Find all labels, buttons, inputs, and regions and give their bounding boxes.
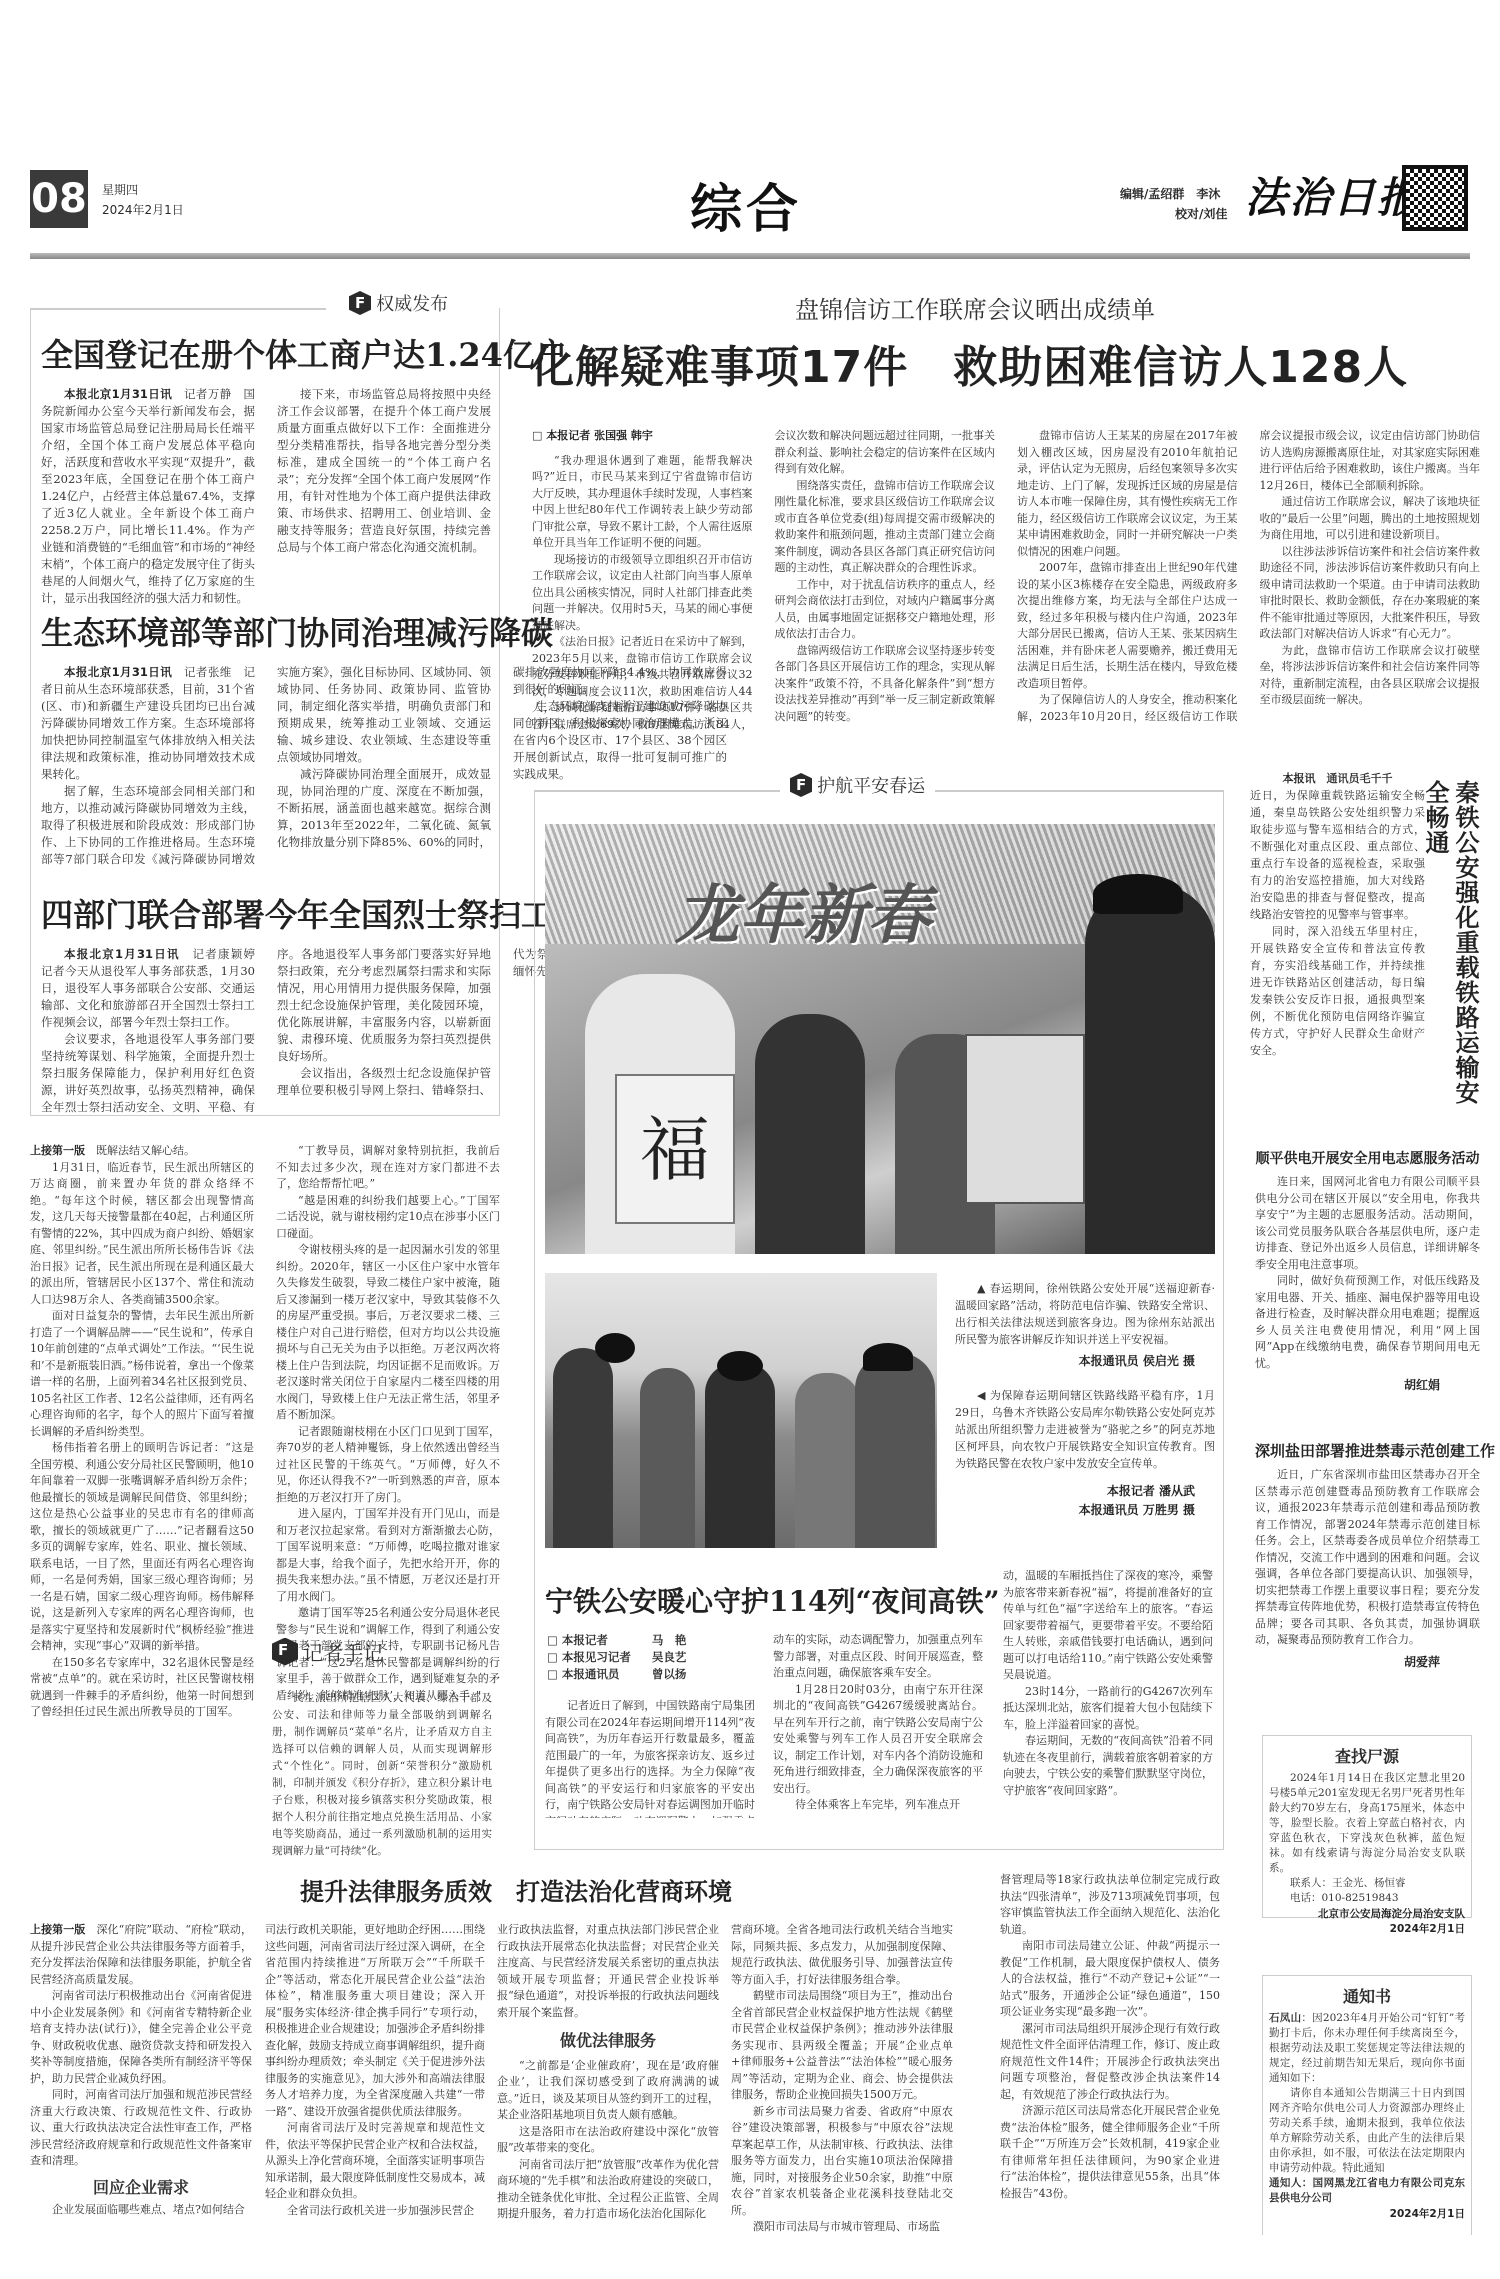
author: 胡爱萍 [1255,1653,1440,1670]
sidebar-yantian-drugs: 深圳盐田部署推进禁毒示范创建工作 近日，广东省深圳市盐田区禁毒办召开全区禁毒示范… [1255,1440,1480,1670]
qr-code-icon[interactable] [1402,165,1468,231]
column-label-notes: 记者手记 [272,1637,383,1666]
notice-title: 通知书 [1269,1984,1465,2007]
sidebar-qin-railway: 秦铁公安强化重载铁路运输安全畅通 本报讯 通讯员毛千千 近日，为保障重载铁路运输… [1240,770,1480,1110]
photo-aksu-herders [545,1273,937,1548]
banner-text: 龙年新春 [675,864,931,956]
kicker: 盘锦信访工作联席会议晒出成绩单 [470,290,1480,325]
headline: 顺平供电开展安全用电志愿服务活动 [1255,1148,1480,1168]
subhead: 回应企业需求 [30,2180,252,2197]
subhead: 做优法律服务 [497,2033,719,2050]
article-emissions: 生态环境部等部门协同治理减污降碳 本报北京1月31日讯 记者张维 记者日前从生态… [41,608,491,872]
headline: 深圳盐田部署推进禁毒示范创建工作 [1255,1440,1480,1461]
headline: 全国登记在册个体工商户达1.24亿户 [41,330,491,376]
spring-travel-section: 护航平安春运 龙年新春 福 ▲ 春运期间，徐州铁路公安处开展“送福迎新春·温暖回… [534,790,1224,1850]
henan-col-5: 督管理局等18家行政执法单位制定完成行政执法“四张清单”，涉及713项减免罚事项… [1000,1872,1220,2272]
credit-1: 本报通讯员 侯启光 摄 [955,1352,1195,1369]
henan-headline: 提升法律服务质效 打造法治化营商环境 [300,1872,732,1907]
headline: 宁铁公安暖心守护114列“夜间高铁” [545,1580,1000,1620]
notice-body-search: 查找尸源 2024年1月14日在我区定慧北里20号楼5单元201室发现无名男尸死… [1262,1735,1472,1918]
author: 胡红娟 [1255,1376,1440,1393]
masthead-logo: 法治日报 [1245,165,1421,225]
byline-block: □ 本报记者马 艳 □ 本报见习记者吴良艺 □ 本报通讯员曾以扬 [547,1632,757,1683]
lead-body: □ 本报记者 张国强 韩宇 “我办理退休遇到了难题，能帮我解决吗?”近日，市民马… [532,428,1480,748]
editor-credit: 编辑/孟绍群 李沐 [1120,185,1220,202]
henan-col-2: 司法行政机关职能，更好地助企纾困……围绕这些问题，河南省司法厅经过深入调研，在全… [265,1922,485,2262]
headline: 生态环境部等部门协同治理减污降碳 [41,608,491,654]
authority-section: 权威发布 全国登记在册个体工商户达1.24亿户 本报北京1月31日讯 记者万静 … [30,308,500,1116]
proofreader-credit: 校对/刘佳 [1175,205,1227,222]
sidebar-shunping-power: 顺平供电开展安全用电志愿服务活动 连日来，国网河北省电力有限公司顺平县供电分公司… [1255,1148,1480,1393]
section-title: 综合 [690,167,802,242]
credit-2a: 本报记者 潘从武 [955,1482,1195,1499]
caption-1: ▲ 春运期间，徐州铁路公安处开展“送福迎新春·温暖回家路”活动，将防范电信诈骗、… [955,1280,1215,1348]
fu-character: 福 [640,1094,710,1195]
photo-xuzhou-station: 龙年新春 福 [545,824,1215,1254]
f-logo-icon [349,291,371,315]
article-martyrs: 四部门联合部署今年全国烈士祭扫工作 本报北京1月31日讯 记者康颖婷 记者今天从… [41,890,491,1121]
reporter-notes: 民生派出所把辖区人大代表、综治干部及公安、司法和律师等力量全部吸纳到调解名册，制… [272,1690,492,1860]
column-label-spring-travel: 护航平安春运 [780,772,935,798]
notice-title: 查找尸源 [1269,1744,1465,1767]
issue-date: 2024年2月1日 [102,201,184,218]
lead-story: 盘锦信访工作联席会议晒出成绩单 化解疑难事项17件 救助困难信访人128人 [530,290,1480,395]
headline-vertical: 秦铁公安强化重载铁路运输安全畅通 [1446,780,1480,1110]
page-number: 08 [30,170,88,228]
lead-headline: 化解疑难事项17件 救助困难信访人128人 [530,331,1480,395]
caption-2: ◀ 为保障春运期间辖区铁路线路平稳有序，1月29日，乌鲁木齐铁路公安局库尔勒铁路… [955,1387,1215,1472]
credit-2b: 本报通讯员 万胜男 摄 [955,1501,1195,1518]
f-logo-icon [790,773,812,797]
henan-col-1: 上接第一版 深化“府院”联动、“府检”联动，从提升涉民营企业公共法律服务等方面着… [30,1922,252,2219]
headline: 四部门联合部署今年全国烈士祭扫工作 [41,890,491,936]
header-rule [30,253,1470,259]
photo-captions: ▲ 春运期间，徐州铁路公安处开展“送福迎新春·温暖回家路”活动，将防范电信诈骗、… [955,1280,1215,1518]
henan-col-3: 业行政执法监督，对重点执法部门涉民营企业行政执法开展常态化执法监督；对民营企业关… [497,1922,719,2262]
page-header: 08 星期四 2024年2月1日 综合 编辑/孟绍群 李沐 校对/刘佳 法治日报 [30,165,1470,275]
column-label-authority: 权威发布 [343,290,454,316]
f-logo-icon [272,1638,298,1666]
weekday: 星期四 [102,181,138,198]
notice-termination: 通知书 石凤山：因2023年4月开始公司“钉钉”考勤打卡后，你未办理任何手续离岗… [1262,1975,1472,2235]
henan-col-4: 营商环境。全省各地司法行政机关结合当地实际，同频共振、多点发力，从加强制度保障、… [731,1922,953,2262]
article-self-employed: 全国登记在册个体工商户达1.24亿户 本报北京1月31日讯 记者万静 国务院新闻… [41,330,491,607]
